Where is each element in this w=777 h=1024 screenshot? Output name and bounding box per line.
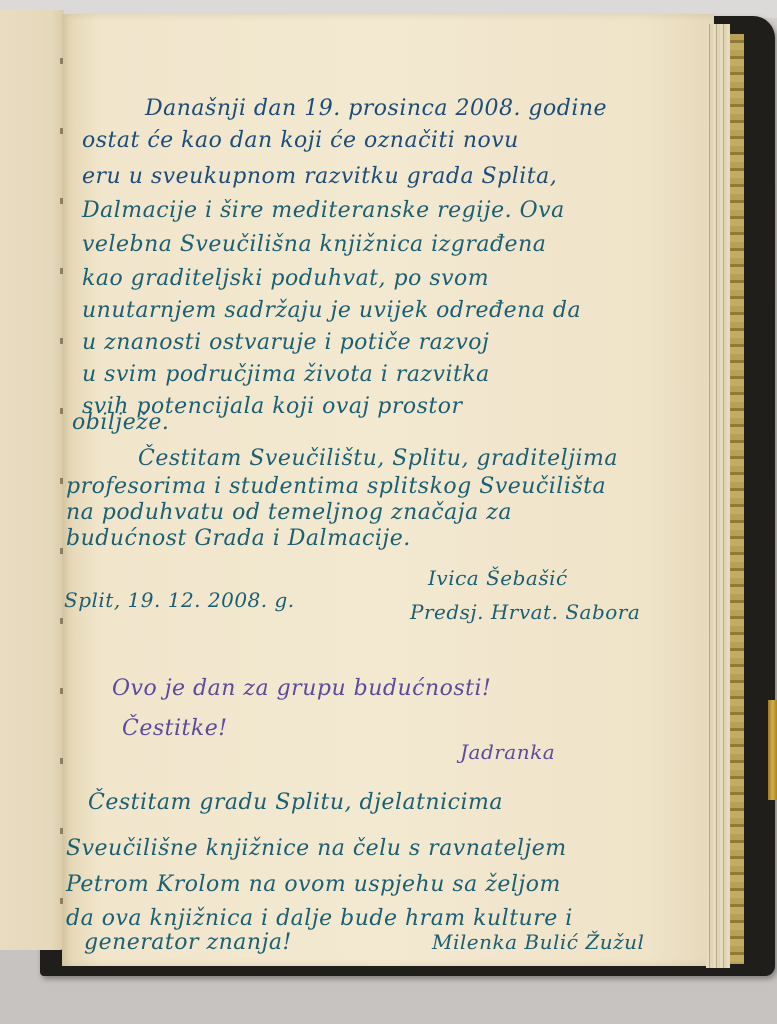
place-date: Split, 19. 12. 2008. g. — [64, 588, 295, 612]
handwritten-line: profesorima i studentima splitskog Sveuč… — [66, 474, 606, 499]
handwritten-line: u znanosti ostvaruje i potiče razvoj — [82, 330, 489, 355]
page-stack-edge — [706, 24, 730, 968]
handwritten-line: Dalmacije i šire mediteranske regije. Ov… — [82, 198, 565, 223]
handwritten-line: Čestitke! — [122, 716, 228, 741]
left-page — [0, 10, 64, 950]
handwritten-line: Sveučilišne knjižnice na čelu s ravnatel… — [66, 836, 567, 861]
handwritten-line: Petrom Krolom na ovom uspjehu sa željom — [66, 872, 561, 897]
handwritten-line: ostat će kao dan koji će označiti novu — [82, 128, 519, 153]
signature: Jadranka — [460, 740, 555, 764]
signature: Ivica Šebašić — [428, 566, 568, 590]
handwritten-line: da ova knjižnica i dalje bude hram kultu… — [66, 906, 573, 931]
handwritten-line: kao graditeljski poduhvat, po svom — [82, 266, 489, 291]
handwritten-line: unutarnjem sadržaju je uvijek određena d… — [82, 298, 581, 323]
handwritten-line: budućnost Grada i Dalmacije. — [66, 526, 411, 551]
handwritten-line: eru u sveukupnom razvitku grada Splita, — [82, 164, 557, 189]
signature: Milenka Bulić Žužul — [432, 930, 644, 954]
binding-stitches — [60, 30, 63, 930]
handwritten-line: Čestitam gradu Splitu, djelatnicima — [88, 790, 503, 815]
handwritten-line: obilježe. — [72, 410, 169, 435]
handwritten-line: generator znanja! — [84, 930, 292, 955]
gold-ribbon-tab — [768, 700, 777, 800]
handwritten-line: na poduhvatu od temeljnog značaja za — [66, 500, 512, 525]
handwritten-line: velebna Sveučilišna knjižnica izgrađena — [82, 232, 546, 257]
handwritten-line: Današnji dan 19. prosinca 2008. godine — [145, 96, 607, 121]
gilt-page-edge — [728, 34, 744, 964]
handwritten-line: Ovo je dan za grupu budućnosti! — [112, 676, 491, 701]
signature-title: Predsj. Hrvat. Sabora — [410, 600, 640, 624]
handwritten-line: u svim područjima života i razvitka — [82, 362, 490, 387]
handwritten-line: Čestitam Sveučilištu, Splitu, graditelji… — [138, 446, 618, 471]
